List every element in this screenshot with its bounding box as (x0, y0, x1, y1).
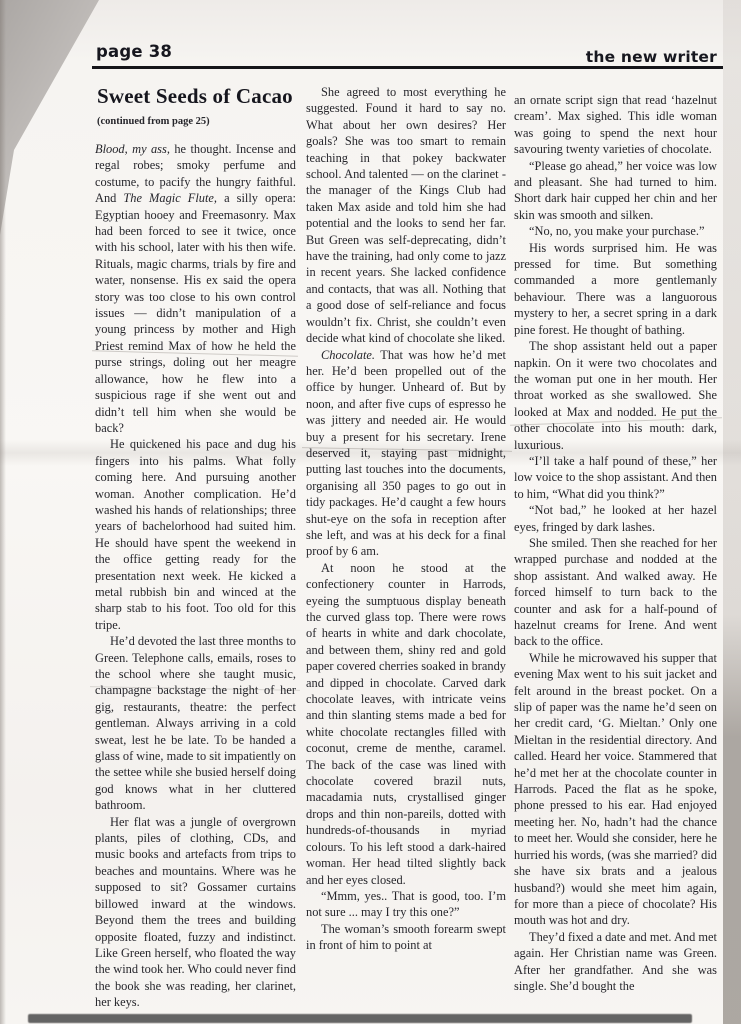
paragraph: The shop assistant held out a paper napk… (514, 338, 717, 453)
paragraph: They’d fixed a date and met. And met aga… (514, 929, 717, 995)
text-column-3: an ornate script sign that read ‘hazelnu… (514, 92, 717, 994)
paragraph: an ornate script sign that read ‘hazelnu… (514, 92, 717, 158)
paragraph: His words surprised him. He was pressed … (514, 240, 717, 338)
paragraph: Chocolate. That was how he’d met her. He… (306, 347, 506, 560)
paragraph: “Please go ahead,” her voice was low and… (514, 158, 717, 224)
paragraph: She agreed to most everything he suggest… (306, 84, 506, 347)
paragraph: While he microwaved his supper that even… (514, 650, 717, 929)
italic-phrase: The Magic Flute, (123, 191, 217, 205)
italic-lead: Blood, my ass, (95, 142, 170, 156)
paragraph: Blood, my ass, he thought. Incense and r… (95, 141, 296, 436)
right-edge-shadow (723, 0, 741, 1024)
text-column-2: She agreed to most everything he suggest… (306, 84, 506, 954)
magazine-page: page 38 the new writer Sweet Seeds of Ca… (0, 0, 741, 1024)
paragraph: Her flat was a jungle of overgrown plant… (95, 814, 296, 1011)
italic-lead: Chocolate. (321, 348, 375, 362)
article-title: Sweet Seeds of Cacao (97, 84, 307, 109)
paragraph: The woman’s smooth forearm swept in fron… (306, 921, 506, 954)
paragraph: “Not bad,” he looked at her hazel eyes, … (514, 502, 717, 535)
left-edge-shadow (0, 0, 6, 1024)
magazine-name: the new writer (586, 48, 717, 66)
page-number-label: page 38 (96, 42, 172, 61)
paragraph: “No, no, you make your purchase.” (514, 223, 717, 239)
header-rule (92, 66, 723, 69)
paragraph: “Mmm, yes.. That is good, too. I’m not s… (306, 888, 506, 921)
paragraph: “I’ll take a half pound of these,” her l… (514, 453, 717, 502)
paragraph: He quickened his pace and dug his finger… (95, 436, 296, 633)
text-column-1: Blood, my ass, he thought. Incense and r… (95, 141, 296, 1011)
paragraph: She smiled. Then she reached for her wra… (514, 535, 717, 650)
paragraph: He’d devoted the last three months to Gr… (95, 633, 296, 813)
bottom-scan-bar (28, 1014, 692, 1023)
paragraph: At noon he stood at the confectionery co… (306, 560, 506, 888)
continuation-note: (continued from page 25) (97, 116, 210, 127)
